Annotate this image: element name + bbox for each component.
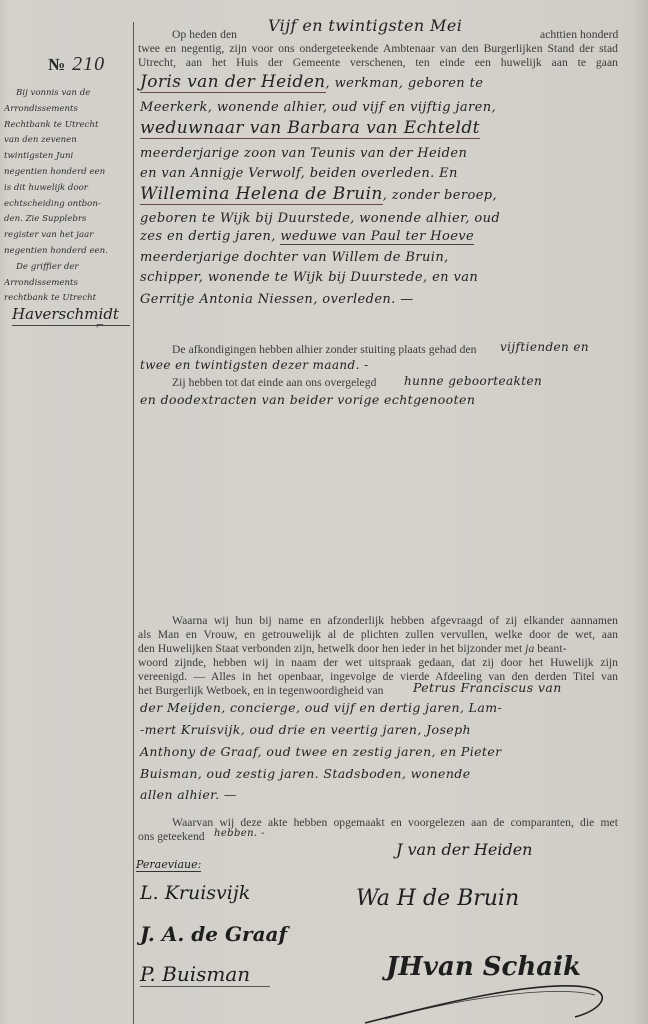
margin-note-line: van den zevenen xyxy=(4,133,132,149)
p1-date-hand: Vijf en twintigsten Mei xyxy=(268,16,462,35)
signature-flourish xyxy=(355,975,615,1024)
p4-line-3: den Huwelijken Staat verbonden zijn, het… xyxy=(138,642,618,655)
groom-birth-line: Meerkerk, wonende alhier, oud vijf en vi… xyxy=(140,100,496,115)
margin-rule xyxy=(133,22,134,1024)
bride-mother-line: Gerritje Antonia Niessen, overleden. — xyxy=(140,292,414,307)
margin-note-line: Arrondissements xyxy=(4,276,132,292)
number-prefix: № xyxy=(48,55,66,74)
groom-former-spouse: weduwnaar van Barbara van Echteldt xyxy=(140,118,480,139)
bride-father-occupation-line: schipper, wonende te Wijk bij Duurstede,… xyxy=(140,270,478,285)
margin-note-line: De griffier der xyxy=(4,260,132,276)
p1-line-3: Utrecht, aan het Huis der Gemeente versc… xyxy=(138,56,618,69)
p4-line-2: als Man en Vrouw, en getrouwelijk al de … xyxy=(138,628,618,641)
witness-line: allen alhier. — xyxy=(140,787,237,802)
signature-left: Peraeviaue: xyxy=(136,858,201,872)
margin-note-line: Rechtbank te Utrecht xyxy=(4,118,132,134)
p1-line-2: twee en negentig, zijn voor ons onderget… xyxy=(138,42,618,55)
p4-line-6: het Burgerlijk Wetboek, en in tegenwoord… xyxy=(138,684,384,697)
witness-line: der Meijden, concierge, oud vijf en dert… xyxy=(140,700,502,715)
p5-hand: hebben. - xyxy=(214,828,265,839)
groom-widower-line: weduwnaar van Barbara van Echteldt xyxy=(140,118,480,138)
margin-note-line: register van het jaar xyxy=(4,228,132,244)
groom-mother-line: en van Annigje Verwolf, beiden overleden… xyxy=(140,166,458,181)
signature-left: J. A. de Graaf xyxy=(140,922,287,946)
groom-father-line: meerderjarige zoon van Teunis van der He… xyxy=(140,146,467,161)
margin-note-line: Arrondissements xyxy=(4,102,132,118)
number-value: 210 xyxy=(72,53,105,75)
margin-note-line: echtscheiding ontbon- xyxy=(4,197,132,213)
bride-former-spouse: weduwe van Paul ter Hoeve xyxy=(280,229,474,245)
margin-note-line: negentien honderd een xyxy=(4,165,132,181)
p3-hand-b: en doodextracten van beider vorige echtg… xyxy=(140,392,475,407)
p5-line-2: ons geteekend xyxy=(138,830,205,843)
signature-groom: J van der Heiden xyxy=(396,840,532,859)
bride-father-line: meerderjarige dochter van Willem de Brui… xyxy=(140,250,449,265)
margin-note-line: Bij vonnis van de xyxy=(4,86,132,102)
p2-hand-a: vijftienden en xyxy=(500,340,589,354)
p1-year-a: achttien honderd xyxy=(540,28,618,41)
bride-birth-line: geboren te Wijk bij Duurstede, wonende a… xyxy=(140,211,500,226)
witness-line: -mert Kruisvijk, oud drie en veertig jar… xyxy=(140,722,471,737)
p2-printed: De afkondigingen hebben alhier zonder st… xyxy=(172,343,477,356)
signature-bride: Wa H de Bruin xyxy=(356,886,519,911)
bride-widow-line: zes en dertig jaren, weduwe van Paul ter… xyxy=(140,229,474,244)
groom-name: Joris van der Heiden xyxy=(140,72,326,93)
p2-hand-b: twee en twintigsten dezer maand. - xyxy=(140,358,369,372)
witness-line: Anthony de Graaf, oud twee en zestig jar… xyxy=(140,744,502,759)
witness-line: Buisman, oud zestig jaren. Stadsboden, w… xyxy=(140,766,471,781)
signature-left: L. Kruisvijk xyxy=(140,882,250,904)
p1-opening: Op heden den xyxy=(172,28,237,41)
p3-printed: Zij hebben tot dat einde aan ons overgel… xyxy=(172,376,376,389)
margin-note-line: den. Zie Supplebrs xyxy=(4,212,132,228)
margin-note-line: negentien honderd een. xyxy=(4,244,132,260)
bride-name: Willemina Helena de Bruin xyxy=(140,184,383,205)
margin-note-line: twintigsten Juni xyxy=(4,149,132,165)
document-page: №210 Bij vonnis van de Arrondissements R… xyxy=(0,0,648,1024)
margin-note-line: is dit huwelijk door xyxy=(4,181,132,197)
groom-name-line: Joris van der Heiden, werkman, geboren t… xyxy=(140,72,483,92)
acte-number: №210 xyxy=(48,53,105,76)
bride-name-line: Willemina Helena de Bruin, zonder beroep… xyxy=(140,184,497,204)
p3-hand-a: hunne geboorteakten xyxy=(404,374,542,388)
p4-line-4: woord zijnde, hebben wij in naam der wet… xyxy=(138,656,618,669)
witness-1-name: Petrus Franciscus van xyxy=(413,680,562,695)
margin-mark: ⌐ xyxy=(96,318,104,334)
margin-annotation: Bij vonnis van de Arrondissements Rechtb… xyxy=(4,86,132,307)
signature-left: P. Buisman xyxy=(140,962,270,987)
p4-line-1: Waarna wij hun bij name en afzonderlijk … xyxy=(172,614,618,627)
margin-signature: Haverschmidt xyxy=(12,305,130,326)
